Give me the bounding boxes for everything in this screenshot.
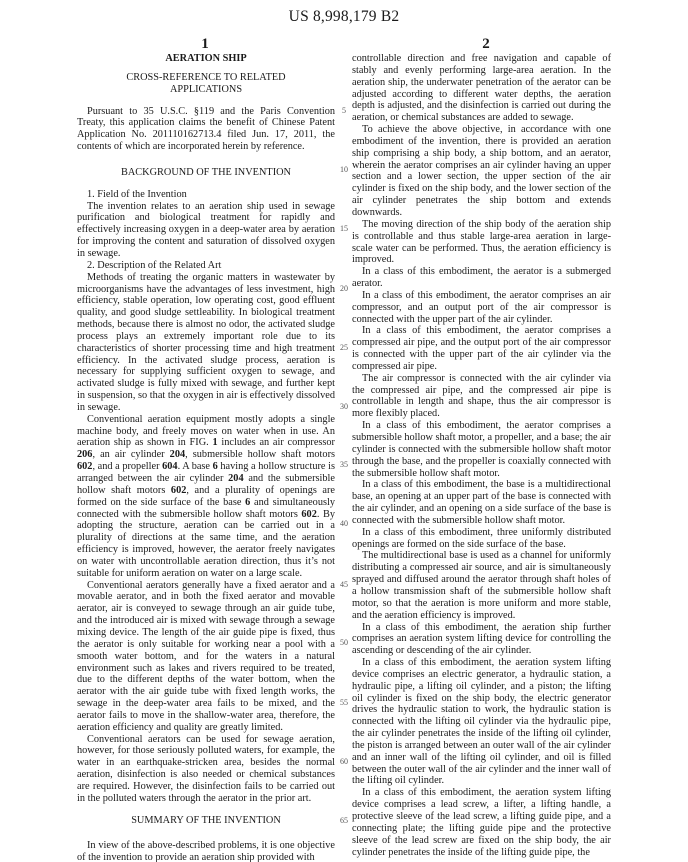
- embodiment-paragraph-3: In a class of this embodiment, the aerat…: [352, 266, 611, 290]
- ref-numeral-204: 204: [170, 449, 185, 460]
- background-heading: BACKGROUND OF THE INVENTION: [77, 167, 335, 179]
- summary-paragraph-1: In view of the above-described problems,…: [77, 840, 335, 862]
- related-art-subheading: 2. Description of the Related Art: [77, 260, 335, 272]
- line-number: 20: [337, 284, 351, 293]
- line-number: 50: [337, 638, 351, 647]
- line-number: 45: [337, 580, 351, 589]
- embodiment-paragraph-1: To achieve the above objective, in accor…: [352, 124, 611, 219]
- ref-numeral-602: 602: [301, 509, 316, 520]
- summary-continued-paragraph: controllable direction and free navigati…: [352, 53, 611, 124]
- line-number: 15: [337, 224, 351, 233]
- related-art-paragraph-2: Conventional aeration equipment mostly a…: [77, 414, 335, 580]
- embodiment-paragraph-7: In a class of this embodiment, the aerat…: [352, 420, 611, 479]
- text-run: , and a propeller: [92, 461, 162, 472]
- field-subheading: 1. Field of the Invention: [77, 189, 335, 201]
- column-number-left: 1: [185, 36, 225, 53]
- related-art-paragraph-3: Conventional aerators generally have a f…: [77, 580, 335, 734]
- field-paragraph: The invention relates to an aeration shi…: [77, 201, 335, 260]
- document-title: AERATION SHIP: [77, 53, 335, 65]
- line-number: 55: [337, 698, 351, 707]
- text-run: . A base: [178, 461, 213, 472]
- embodiment-paragraph-8: In a class of this embodiment, the base …: [352, 479, 611, 526]
- right-column: controllable direction and free navigati…: [352, 53, 611, 858]
- embodiment-paragraph-6: The air compressor is connected with the…: [352, 373, 611, 420]
- line-number: 30: [337, 402, 351, 411]
- embodiment-paragraph-4: In a class of this embodiment, the aerat…: [352, 290, 611, 326]
- embodiment-paragraph-10: The multidirectional base is used as a c…: [352, 550, 611, 621]
- related-art-paragraph-1: Methods of treating the organic matters …: [77, 272, 335, 414]
- ref-numeral-604: 604: [162, 461, 177, 472]
- ref-numeral-204: 204: [228, 473, 243, 484]
- embodiment-paragraph-9: In a class of this embodiment, three uni…: [352, 527, 611, 551]
- text-run: , an air cylinder: [92, 449, 169, 460]
- ref-numeral-602: 602: [171, 485, 186, 496]
- column-number-right: 2: [466, 36, 506, 53]
- embodiment-paragraph-12: In a class of this embodiment, the aerat…: [352, 657, 611, 787]
- text-run: includes an air compressor: [218, 437, 335, 448]
- cross-reference-paragraph: Pursuant to 35 U.S.C. §119 and the Paris…: [77, 106, 335, 153]
- line-number: 5: [337, 106, 351, 115]
- line-number: 60: [337, 757, 351, 766]
- related-art-paragraph-4: Conventional aerators can be used for se…: [77, 734, 335, 805]
- patent-number-header: US 8,998,179 B2: [0, 8, 688, 26]
- summary-heading: SUMMARY OF THE INVENTION: [77, 815, 335, 827]
- embodiment-paragraph-5: In a class of this embodiment, the aerat…: [352, 325, 611, 372]
- ref-numeral-602: 602: [77, 461, 92, 472]
- line-number: 65: [337, 816, 351, 825]
- line-number: 40: [337, 519, 351, 528]
- line-number: 10: [337, 165, 351, 174]
- line-number: 35: [337, 460, 351, 469]
- ref-numeral-206: 206: [77, 449, 92, 460]
- text-run: , submersible hollow shaft motors: [185, 449, 335, 460]
- line-number: 25: [337, 343, 351, 352]
- left-column: AERATION SHIP CROSS-REFERENCE TO RELATED…: [77, 53, 335, 862]
- embodiment-paragraph-11: In a class of this embodiment, the aerat…: [352, 622, 611, 658]
- embodiment-paragraph-13: In a class of this embodiment, the aerat…: [352, 787, 611, 858]
- embodiment-paragraph-2: The moving direction of the ship body of…: [352, 219, 611, 266]
- cross-reference-heading: CROSS-REFERENCE TO RELATED APPLICATIONS: [77, 72, 335, 96]
